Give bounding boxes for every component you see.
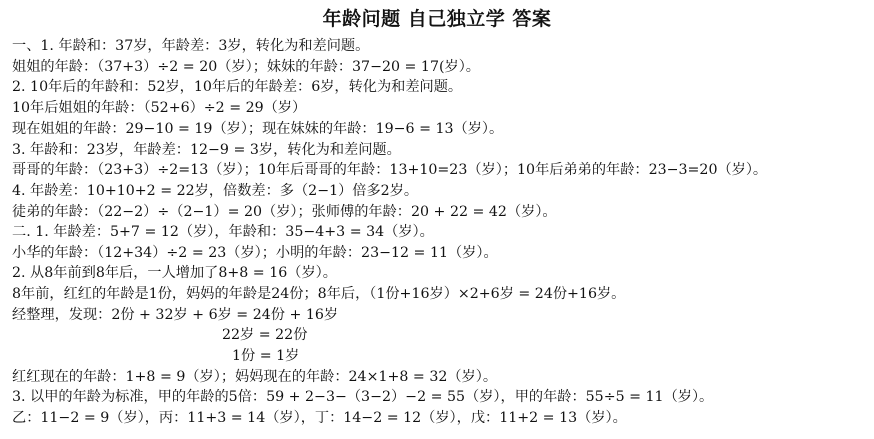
answer-line: 现在姐姐的年龄：29−10 = 19（岁）；现在妹妹的年龄：19−6 = 13（… [12, 119, 503, 139]
answer-line: 8年前，红红的年龄是1份，妈妈的年龄是24份；8年后，（1份+16岁）×2+6岁… [12, 284, 625, 304]
answer-line: 一、1. 年龄和：37岁，年龄差：3岁，转化为和差问题。 [12, 36, 369, 56]
answer-line: 2. 从8年前到8年后，一人增加了8+8 = 16（岁）。 [12, 263, 337, 283]
answer-line: 2. 10年后的年龄和：52岁，10年后的年龄差：6岁，转化为和差问题。 [12, 77, 462, 97]
document-title: 年龄问题 自己独立学 答案 [0, 4, 874, 31]
answer-line: 二. 1. 年龄差：5+7 = 12（岁），年龄和：35−4+3 = 34（岁）… [12, 222, 434, 242]
answer-line: 经整理，发现：2份 + 32岁 + 6岁 = 24份 + 16岁 [12, 305, 338, 325]
answer-document: 年龄问题 自己独立学 答案 一、1. 年龄和：37岁，年龄差：3岁，转化为和差问… [0, 0, 874, 439]
answer-line: 4. 年龄差：10+10+2 = 22岁，倍数差：多（2−1）倍多2岁。 [12, 181, 418, 201]
answer-line: 10年后姐姐的年龄：（52+6）÷2 = 29（岁） [12, 98, 306, 118]
answer-line: 小华的年龄：（12+34）÷2 = 23（岁）；小明的年龄：23−12 = 11… [12, 243, 498, 263]
answer-line: 3. 以甲的年龄为标准，甲的年龄的5倍：59 + 2−3−（3−2）−2 = 5… [12, 387, 713, 407]
equation-line: 1份 = 1岁 [232, 346, 299, 366]
answer-line: 哥哥的年龄：（23+3）÷2=13（岁）；10年后哥哥的年龄：13+10=23（… [12, 160, 767, 180]
answer-line: 红红现在的年龄：1+8 = 9（岁）；妈妈现在的年龄：24×1+8 = 32（岁… [12, 367, 497, 387]
answer-line: 乙：11−2 = 9（岁），丙：11+3 = 14（岁），丁：14−2 = 12… [12, 408, 627, 428]
equation-line: 22岁 = 22份 [222, 325, 307, 345]
answer-line: 3. 年龄和：23岁，年龄差：12−9 = 3岁，转化为和差问题。 [12, 140, 401, 160]
answer-line: 姐姐的年龄：（37+3）÷2 = 20（岁）；妹妹的年龄：37−20 = 17(… [12, 57, 480, 77]
answer-line: 徒弟的年龄：（22−2）÷（2−1）= 20（岁）；张师傅的年龄：20 + 22… [12, 202, 557, 222]
